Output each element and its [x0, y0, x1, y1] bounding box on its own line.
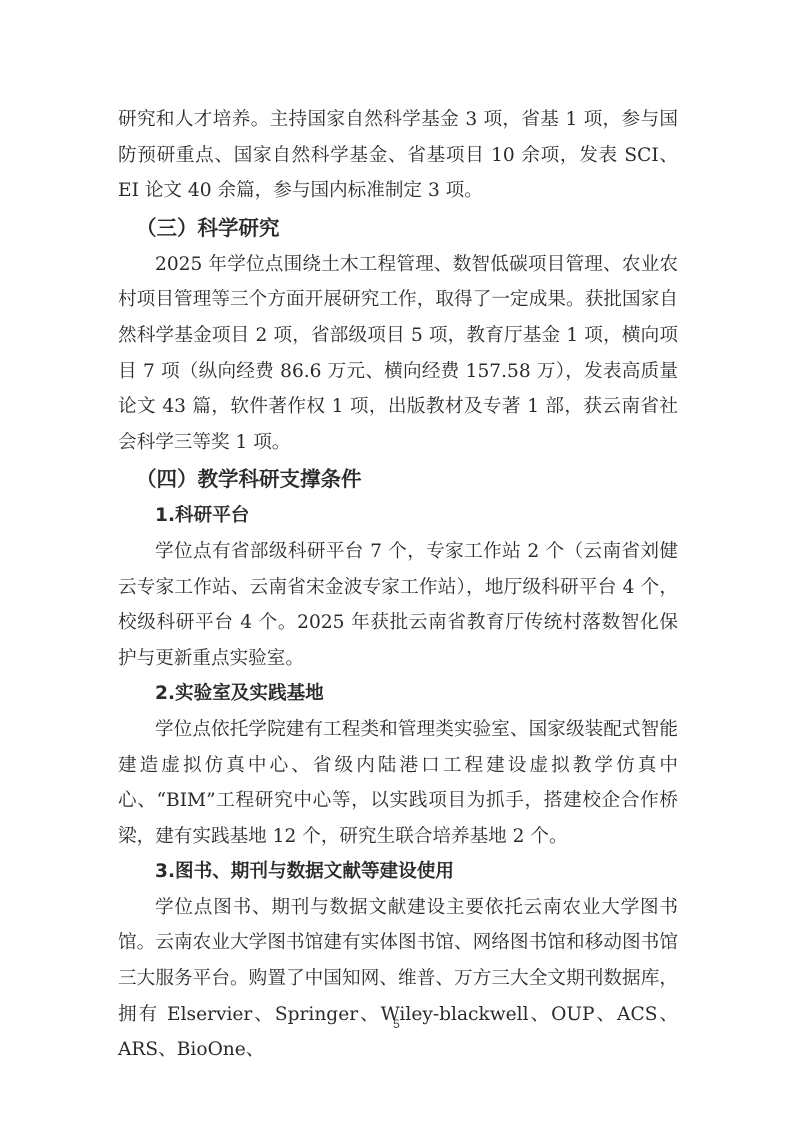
- heading-support-conditions: （四）教学科研支撑条件: [118, 460, 678, 498]
- heading-research-platform: 1.科研平台: [118, 498, 678, 534]
- paragraph-library-resources: 学位点图书、期刊与数据文献建设主要依托云南农业大学图书馆。云南农业大学图书馆建有…: [118, 890, 678, 1068]
- paragraph-labs-practice-bases: 学位点依托学院建有工程类和管理类实验室、国家级装配式智能建造虚拟仿真中心、省级内…: [118, 712, 678, 854]
- document-page: 研究和人才培养。主持国家自然科学基金 3 项，省基 1 项，参与国防预研重点、国…: [118, 102, 678, 1068]
- heading-labs-practice-bases: 2.实验室及实践基地: [118, 676, 678, 712]
- paragraph-scientific-research: 2025 年学位点围绕土木工程管理、数智低碳项目管理、农业农村项目管理等三个方面…: [118, 247, 678, 461]
- paragraph-research-platform: 学位点有省部级科研平台 7 个，专家工作站 2 个（云南省刘健云专家工作站、云南…: [118, 534, 678, 676]
- heading-library-resources: 3.图书、期刊与数据文献等建设使用: [118, 854, 678, 890]
- page-number: 5: [0, 1017, 793, 1031]
- heading-scientific-research: （三）科学研究: [118, 209, 678, 247]
- paragraph-talent-research: 研究和人才培养。主持国家自然科学基金 3 项，省基 1 项，参与国防预研重点、国…: [118, 102, 678, 209]
